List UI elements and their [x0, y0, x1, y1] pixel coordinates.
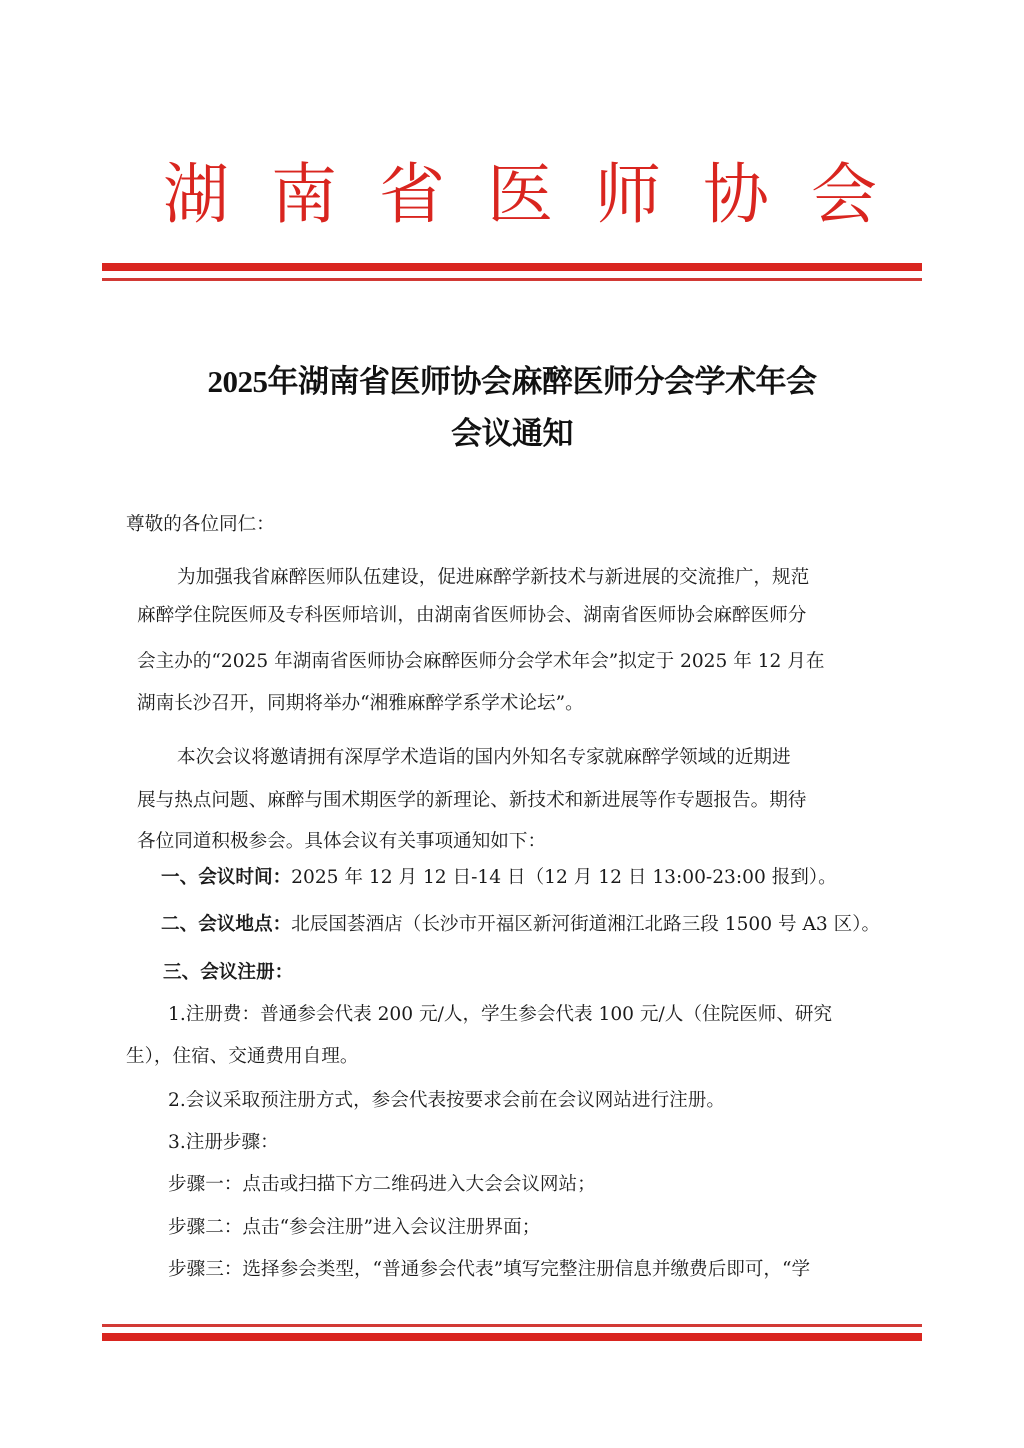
footer-rule-thin [102, 1324, 922, 1327]
section-time-label: 一、会议时间： [161, 867, 291, 888]
header-rule-thick [102, 263, 922, 271]
section-location-label: 二、会议地点： [161, 914, 291, 935]
document-subtitle: 会议通知 [0, 408, 1024, 453]
salutation: 尊敬的各位同仁： [126, 513, 275, 537]
paragraph-line: 湖南长沙召开，同期将举办“湘雅麻醉学系学术论坛”。 [137, 692, 584, 716]
paragraph-line: 麻醉学住院医师及专科医师培训，由湖南省医师协会、湖南省医师协会麻醉医师分 [137, 604, 806, 628]
section-location: 二、会议地点：北辰国荟酒店（长沙市开福区新河街道湘江北路三段 1500 号 A3… [161, 913, 880, 937]
paragraph-line: 本次会议将邀请拥有深厚学术造诣的国内外知名专家就麻醉学领域的近期进 [177, 746, 791, 770]
section-registration: 三、会议注册： [163, 961, 293, 985]
document-page: 湖 南 省 医 师 协 会 2025年湖南省医师协会麻醉医师分会学术年会 会议通… [0, 0, 1024, 1448]
registration-item: 1.注册费：普通参会代表 200 元/人，学生参会代表 100 元/人（住院医师… [168, 1003, 832, 1027]
section-time-value: 2025 年 12 月 12 日-14 日（12 月 12 日 13:00-23… [291, 867, 837, 888]
section-time: 一、会议时间：2025 年 12 月 12 日-14 日（12 月 12 日 1… [161, 866, 837, 890]
registration-step: 步骤一：点击或扫描下方二维码进入大会会议网站； [168, 1173, 596, 1197]
letterhead-char: 协 [700, 150, 772, 240]
paragraph-line: 会主办的“2025 年湖南省医师协会麻醉医师分会学术年会”拟定于 2025 年 … [137, 650, 825, 674]
registration-item: 生），住宿、交通费用自理。 [126, 1045, 358, 1069]
letterhead-char: 师 [592, 150, 664, 240]
paragraph-line: 各位同道积极参会。具体会议有关事项通知如下： [137, 830, 546, 854]
footer-rule-thick [102, 1333, 922, 1341]
letterhead-char: 会 [808, 150, 880, 240]
paragraph-line: 为加强我省麻醉医师队伍建设，促进麻醉学新技术与新进展的交流推广，规范 [177, 566, 809, 590]
section-registration-label: 三、会议注册： [163, 962, 293, 983]
registration-step: 步骤二：点击“参会注册”进入会议注册界面； [168, 1216, 540, 1240]
letterhead-char: 省 [376, 150, 448, 240]
registration-step: 步骤三：选择参会类型，“普通参会代表”填写完整注册信息并缴费后即可，“学 [168, 1258, 810, 1282]
paragraph-line: 展与热点问题、麻醉与围术期医学的新理论、新技术和新进展等作专题报告。期待 [137, 789, 806, 813]
letterhead-org-name: 湖 南 省 医 师 协 会 [160, 150, 880, 240]
header-rule-thin [102, 278, 922, 281]
document-title: 2025年湖南省医师协会麻醉医师分会学术年会 [0, 356, 1024, 401]
letterhead-char: 湖 [160, 150, 232, 240]
letterhead-char: 南 [268, 150, 340, 240]
registration-item: 2.会议采取预注册方式，参会代表按要求会前在会议网站进行注册。 [168, 1089, 725, 1113]
section-location-value: 北辰国荟酒店（长沙市开福区新河街道湘江北路三段 1500 号 A3 区）。 [291, 914, 880, 935]
letterhead-char: 医 [484, 150, 556, 240]
registration-item: 3.注册步骤： [168, 1131, 279, 1155]
